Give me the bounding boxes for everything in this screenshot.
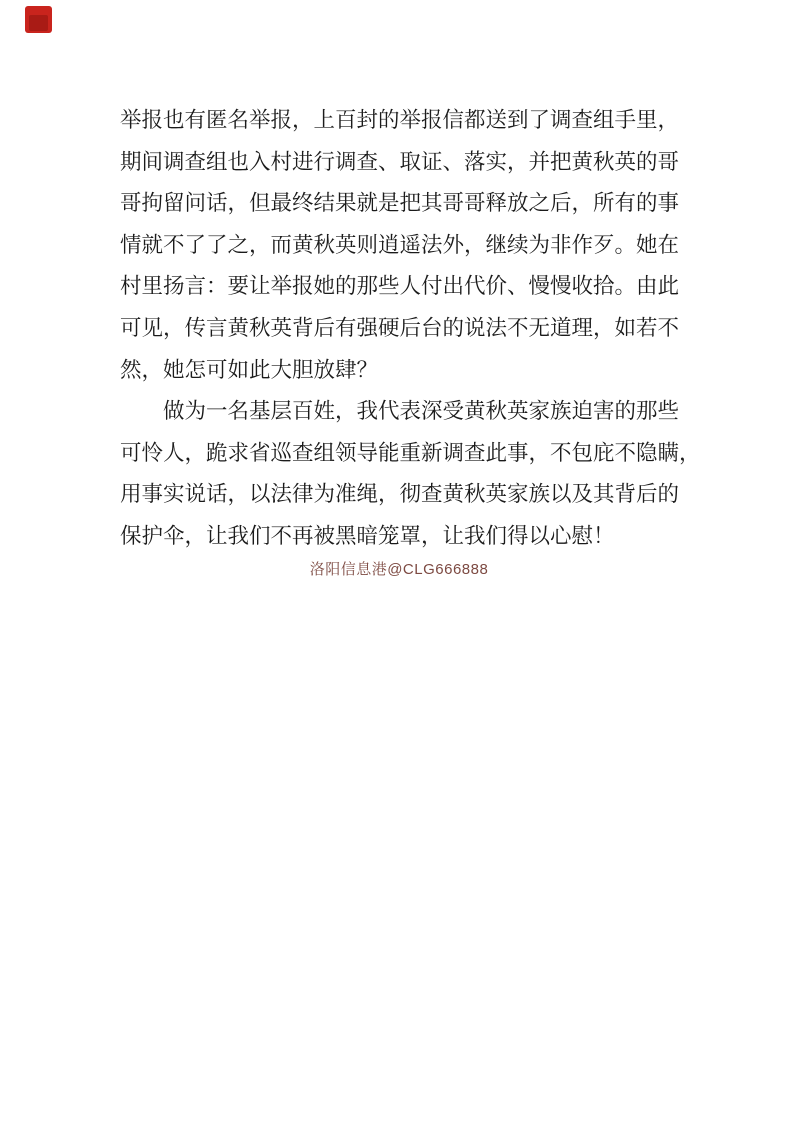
text-line: 做为一名基层百姓，我代表深受黄秋英家族迫害的那些 bbox=[120, 391, 678, 433]
text-line: 可见，传言黄秋英背后有强硬后台的说法不无道理，如若不 bbox=[120, 308, 678, 350]
text-line: 情就不了了之，而黄秋英则逍遥法外，继续为非作歹。她在 bbox=[120, 225, 678, 267]
stamp-glyph bbox=[29, 15, 48, 31]
text-line: 期间调查组也入村进行调查、取证、落实，并把黄秋英的哥 bbox=[120, 142, 678, 184]
red-stamp-icon bbox=[25, 6, 52, 33]
watermark-text: 洛阳信息港@CLG666888 bbox=[120, 559, 678, 581]
text-line: 哥拘留问话，但最终结果就是把其哥哥释放之后，所有的事 bbox=[120, 183, 678, 225]
document-body: 举报也有匿名举报，上百封的举报信都送到了调查组手里， 期间调查组也入村进行调查、… bbox=[120, 100, 678, 581]
document-page: 举报也有匿名举报，上百封的举报信都送到了调查组手里， 期间调查组也入村进行调查、… bbox=[0, 0, 800, 1131]
text-line: 保护伞，让我们不再被黑暗笼罩，让我们得以心慰！ bbox=[120, 516, 678, 558]
text-line: 村里扬言：要让举报她的那些人付出代价、慢慢收拾。由此 bbox=[120, 266, 678, 308]
text-line: 可怜人，跪求省巡查组领导能重新调查此事，不包庇不隐瞒， bbox=[120, 433, 678, 475]
text-line: 用事实说话，以法律为准绳，彻查黄秋英家族以及其背后的 bbox=[120, 474, 678, 516]
text-line: 然，她怎可如此大胆放肆？ bbox=[120, 350, 678, 392]
text-line: 举报也有匿名举报，上百封的举报信都送到了调查组手里， bbox=[120, 100, 678, 142]
